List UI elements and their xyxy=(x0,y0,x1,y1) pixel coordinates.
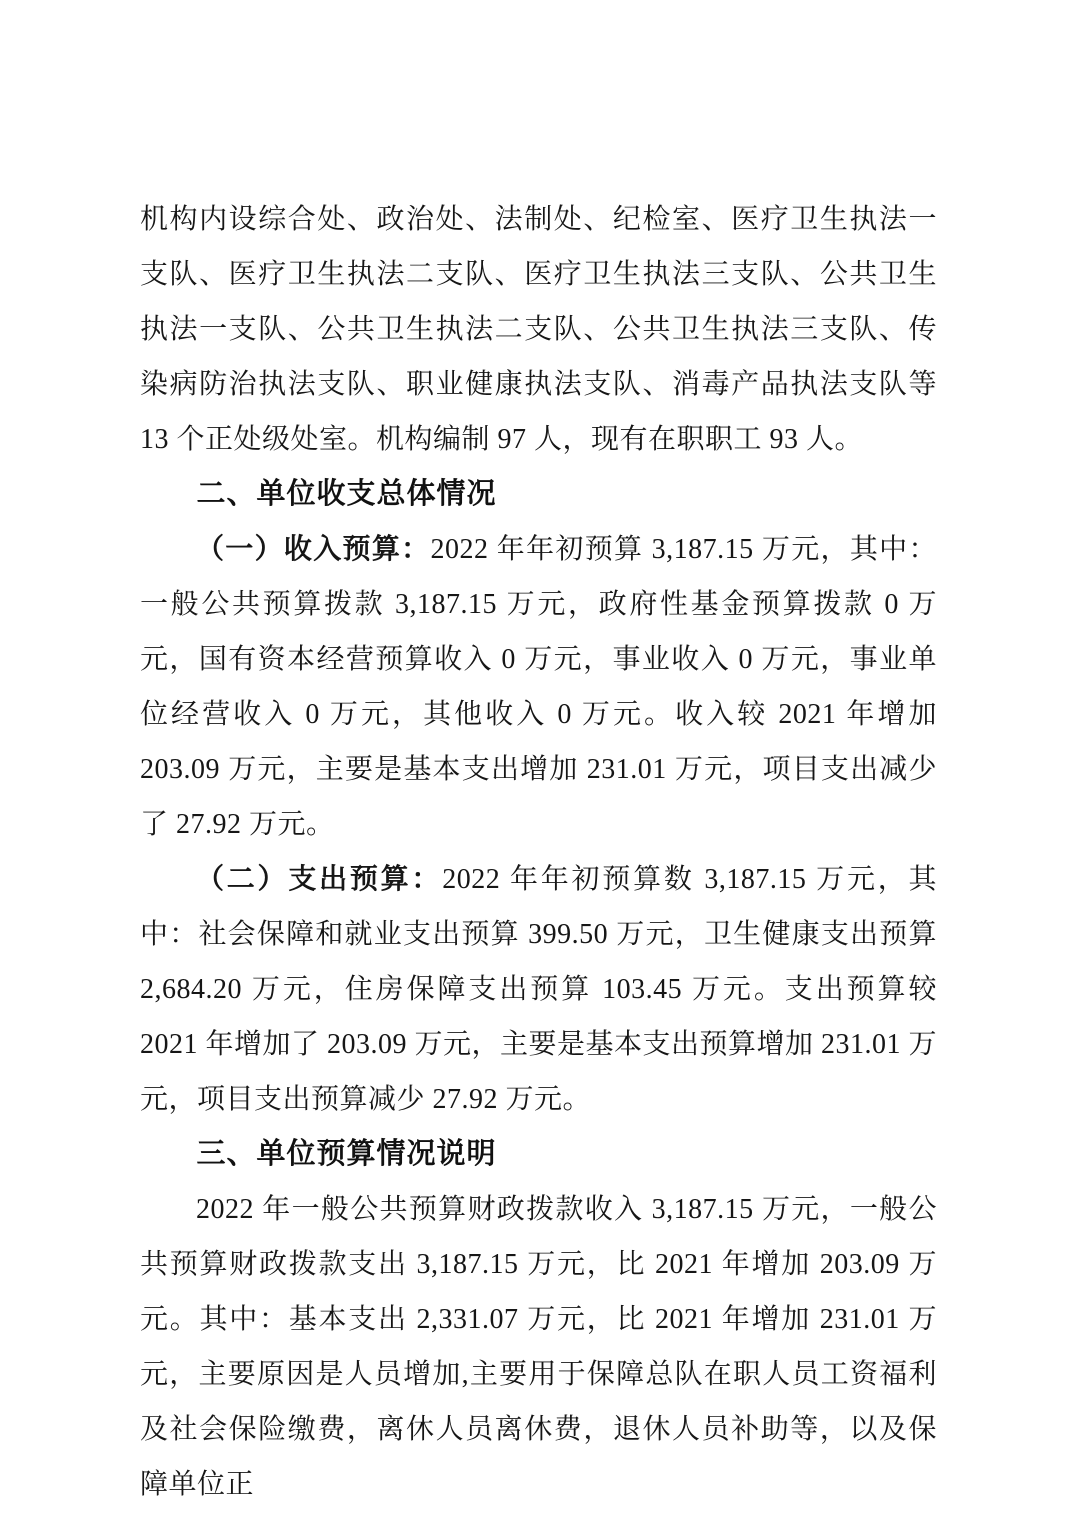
paragraph-general-public-budget-explanation: 2022 年一般公共预算财政拨款收入 3,187.15 万元，一般公共预算财政拨… xyxy=(140,1182,937,1512)
paragraph-internal-org-structure: 机构内设综合处、政治处、法制处、纪检室、医疗卫生执法一支队、医疗卫生执法二支队、… xyxy=(140,192,937,467)
document-content: 机构内设综合处、政治处、法制处、纪检室、医疗卫生执法一支队、医疗卫生执法二支队、… xyxy=(140,192,937,1512)
expenditure-budget-label: （二）支出预算： xyxy=(196,864,442,895)
expenditure-budget-text: 2022 年年初预算数 3,187.15 万元，其中：社会保障和就业支出预算 3… xyxy=(140,864,937,1115)
heading-section-2-overall-revenue-expenditure: 二、单位收支总体情况 xyxy=(140,467,937,522)
document-page: 机构内设综合处、政治处、法制处、纪检室、医疗卫生执法一支队、医疗卫生执法二支队、… xyxy=(0,0,1074,1520)
paragraph-income-budget: （一）收入预算：2022 年年初预算 3,187.15 万元，其中：一般公共预算… xyxy=(140,522,937,852)
income-budget-label: （一）收入预算： xyxy=(196,534,430,565)
heading-section-3-budget-explanation: 三、单位预算情况说明 xyxy=(140,1127,937,1182)
paragraph-expenditure-budget: （二）支出预算：2022 年年初预算数 3,187.15 万元，其中：社会保障和… xyxy=(140,852,937,1127)
income-budget-text: 2022 年年初预算 3,187.15 万元，其中：一般公共预算拨款 3,187… xyxy=(140,534,937,840)
